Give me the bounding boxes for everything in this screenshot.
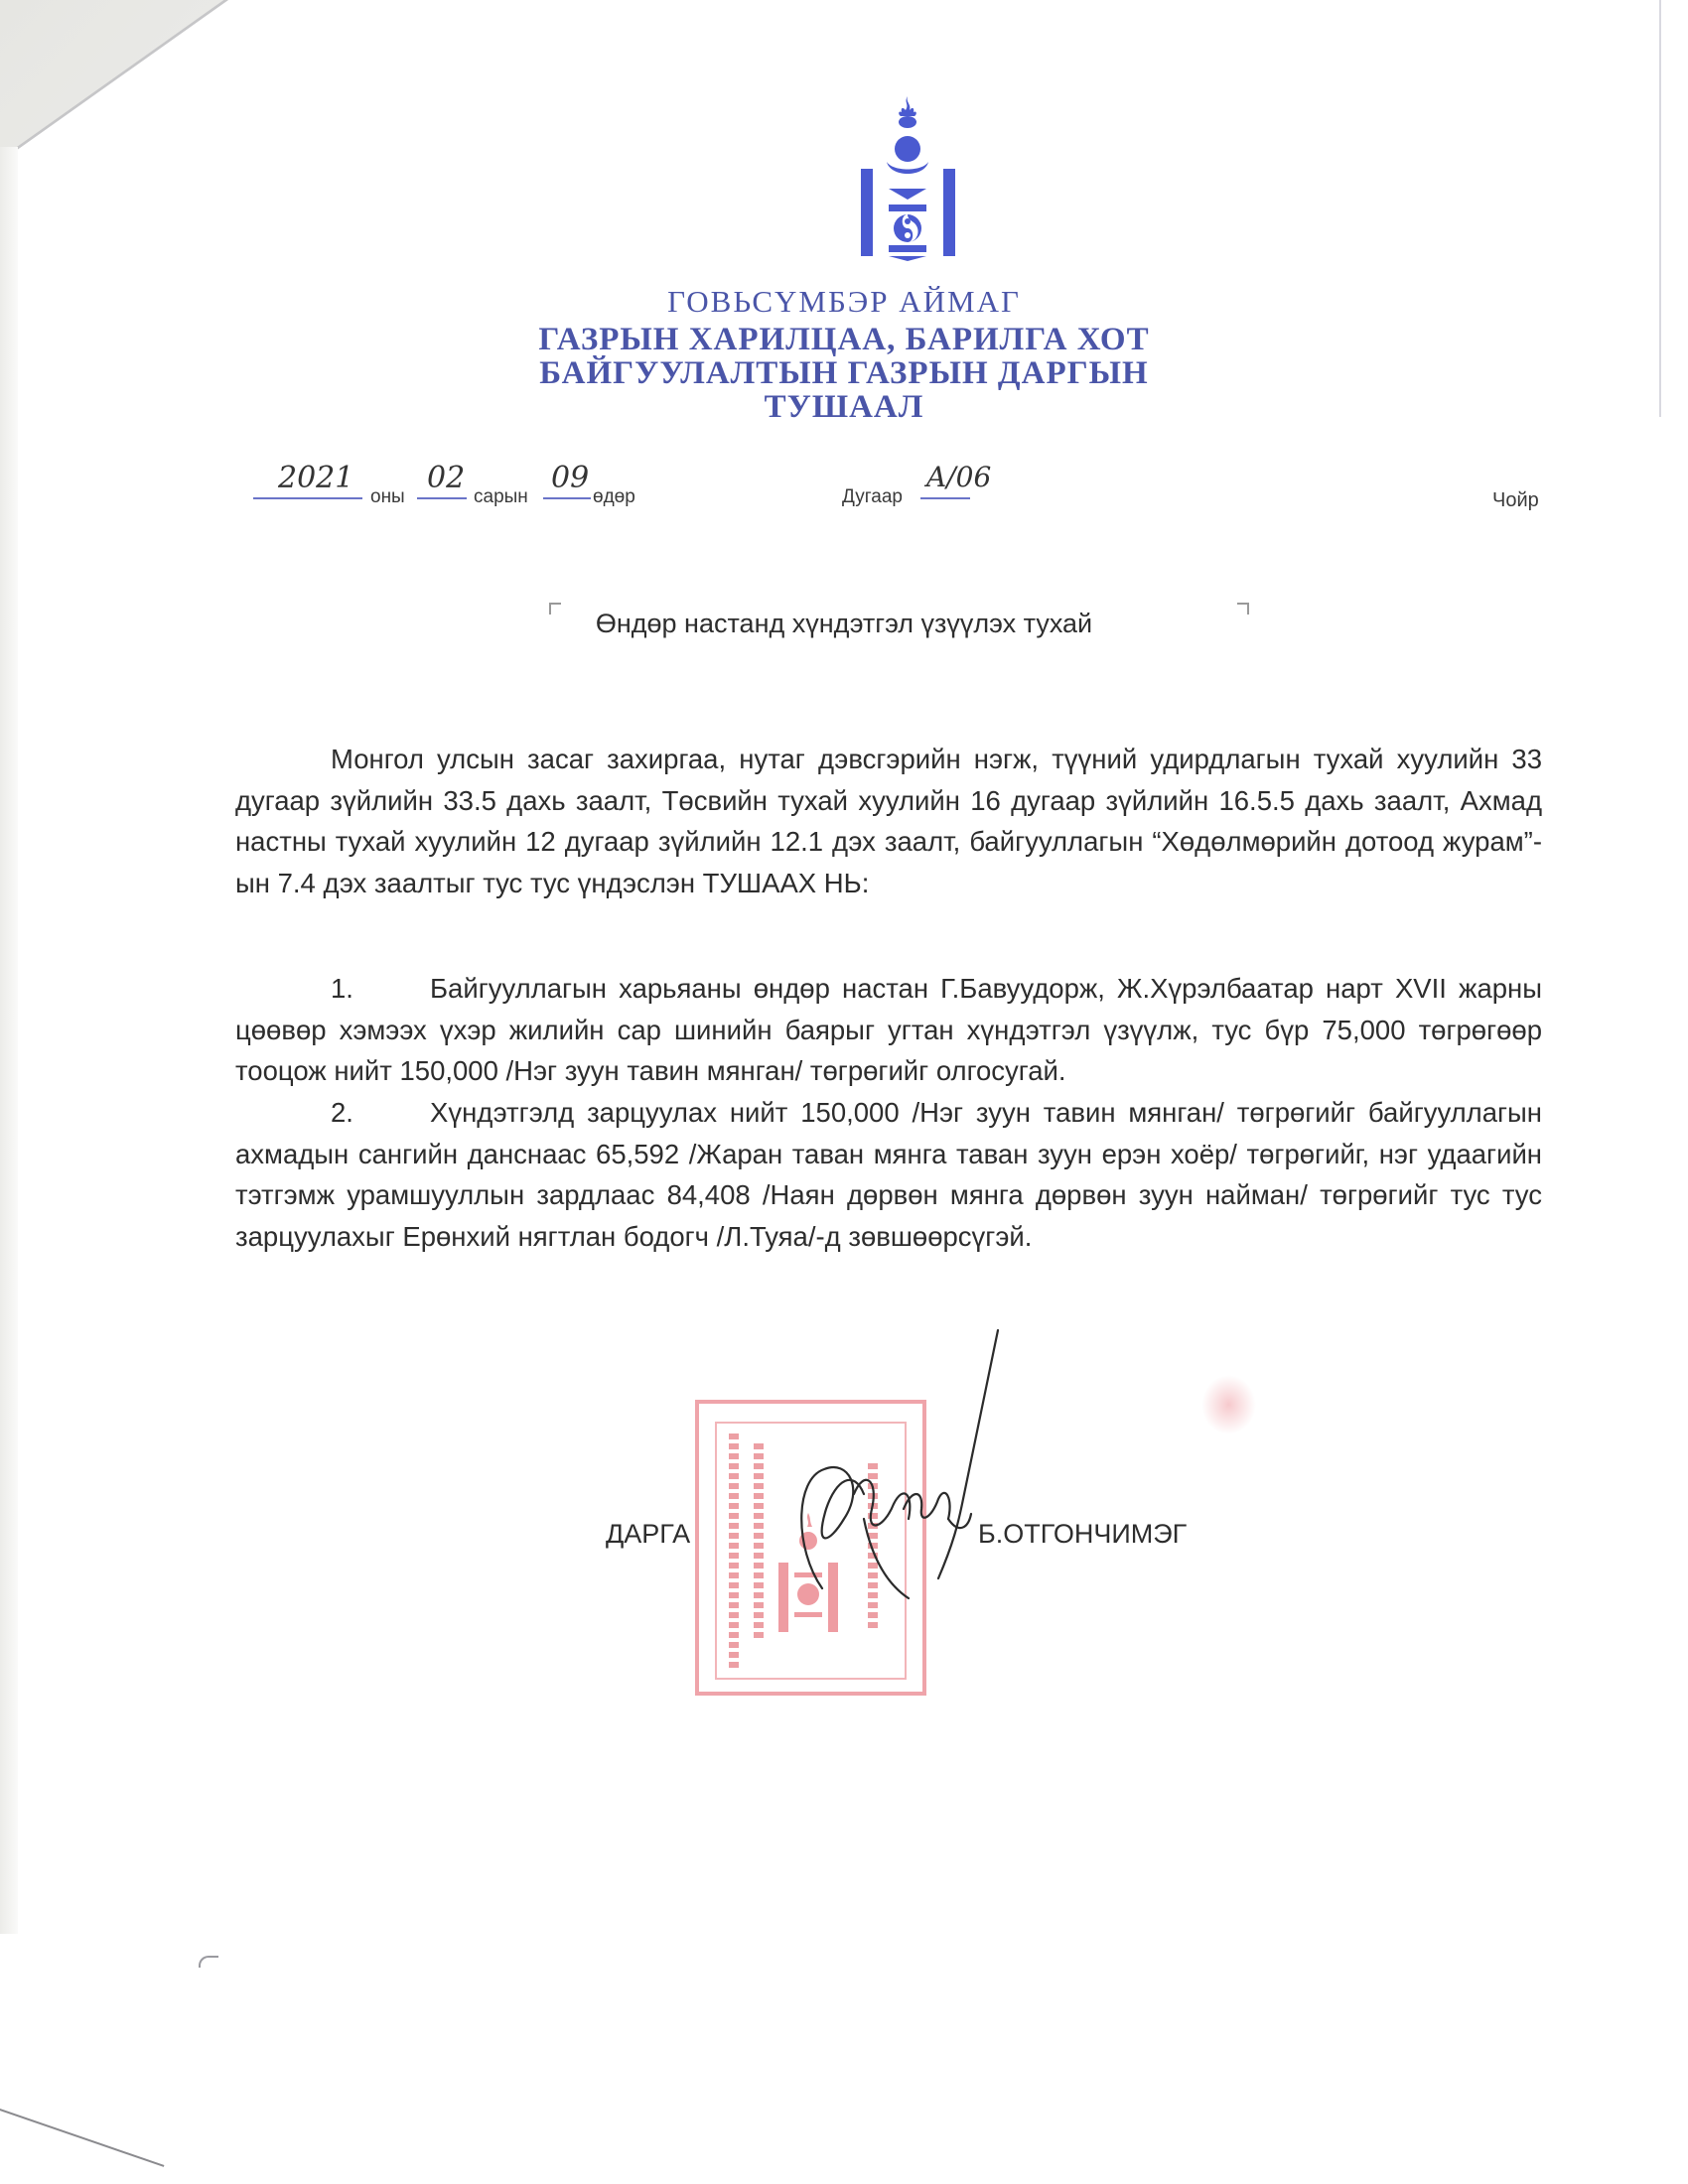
day-value: 09	[551, 461, 589, 495]
order-item-1: 1.Байгууллагын харьяаны өндөр настан Г.Б…	[235, 968, 1542, 1092]
year-value: 2021	[278, 461, 353, 495]
order-item-2: 2.Хүндэтгэлд зарцуулах нийт 150,000 /Нэг…	[235, 1092, 1542, 1257]
item-number: 2.	[235, 1092, 430, 1134]
month-label: сарын	[474, 486, 528, 508]
document-number: A/06	[926, 461, 991, 493]
document-kind: ТУШААЛ	[0, 390, 1688, 424]
number-label: Дугаар	[842, 486, 903, 508]
signatory-title: ДАРГА	[606, 1519, 690, 1550]
scan-speck	[199, 1956, 218, 1968]
organization-title: ГАЗРЫН ХАРИЛЦАА, БАРИЛГА ХОТ БАЙГУУЛАЛТЫ…	[0, 323, 1688, 424]
date-line: 2021 оны 02 сарын 09 өдөр Дугаар A/06	[253, 467, 1544, 506]
day-label: өдөр	[593, 486, 635, 508]
scan-edge-line	[0, 2109, 164, 2167]
day-underline	[543, 496, 591, 499]
document-subject: Өндөр настанд хүндэтгэл үзүүлэх тухай	[0, 609, 1688, 639]
preamble-paragraph: Монгол улсын засаг захиргаа, нутаг дэвсг…	[235, 739, 1542, 903]
year-underline	[253, 496, 362, 499]
year-label: оны	[370, 486, 405, 508]
stamp-script-column	[729, 1433, 739, 1672]
soyombo-emblem-icon	[861, 94, 955, 261]
stamp-smudge	[1201, 1375, 1256, 1434]
organization-line-1: ГАЗРЫН ХАРИЛЦАА, БАРИЛГА ХОТ	[0, 323, 1688, 356]
month-underline	[417, 496, 467, 499]
item-text: Хүндэтгэлд зарцуулах нийт 150,000 /Нэг з…	[235, 1097, 1542, 1252]
signatory-name: Б.ОТГОНЧИМЭГ	[978, 1519, 1187, 1550]
item-text: Байгууллагын харьяаны өндөр настан Г.Бав…	[235, 973, 1542, 1086]
item-number: 1.	[235, 968, 430, 1010]
month-value: 02	[427, 461, 465, 495]
location: Чойр	[1492, 489, 1539, 512]
organization-line-2: БАЙГУУЛАЛТЫН ГАЗРЫН ДАРГЫН	[0, 356, 1688, 390]
region-name: ГОВЬСҮМБЭР АЙМАГ	[0, 284, 1688, 320]
number-underline	[920, 496, 970, 499]
subject-bracket-right	[1237, 603, 1249, 614]
handwritten-signature	[755, 1320, 1053, 1638]
